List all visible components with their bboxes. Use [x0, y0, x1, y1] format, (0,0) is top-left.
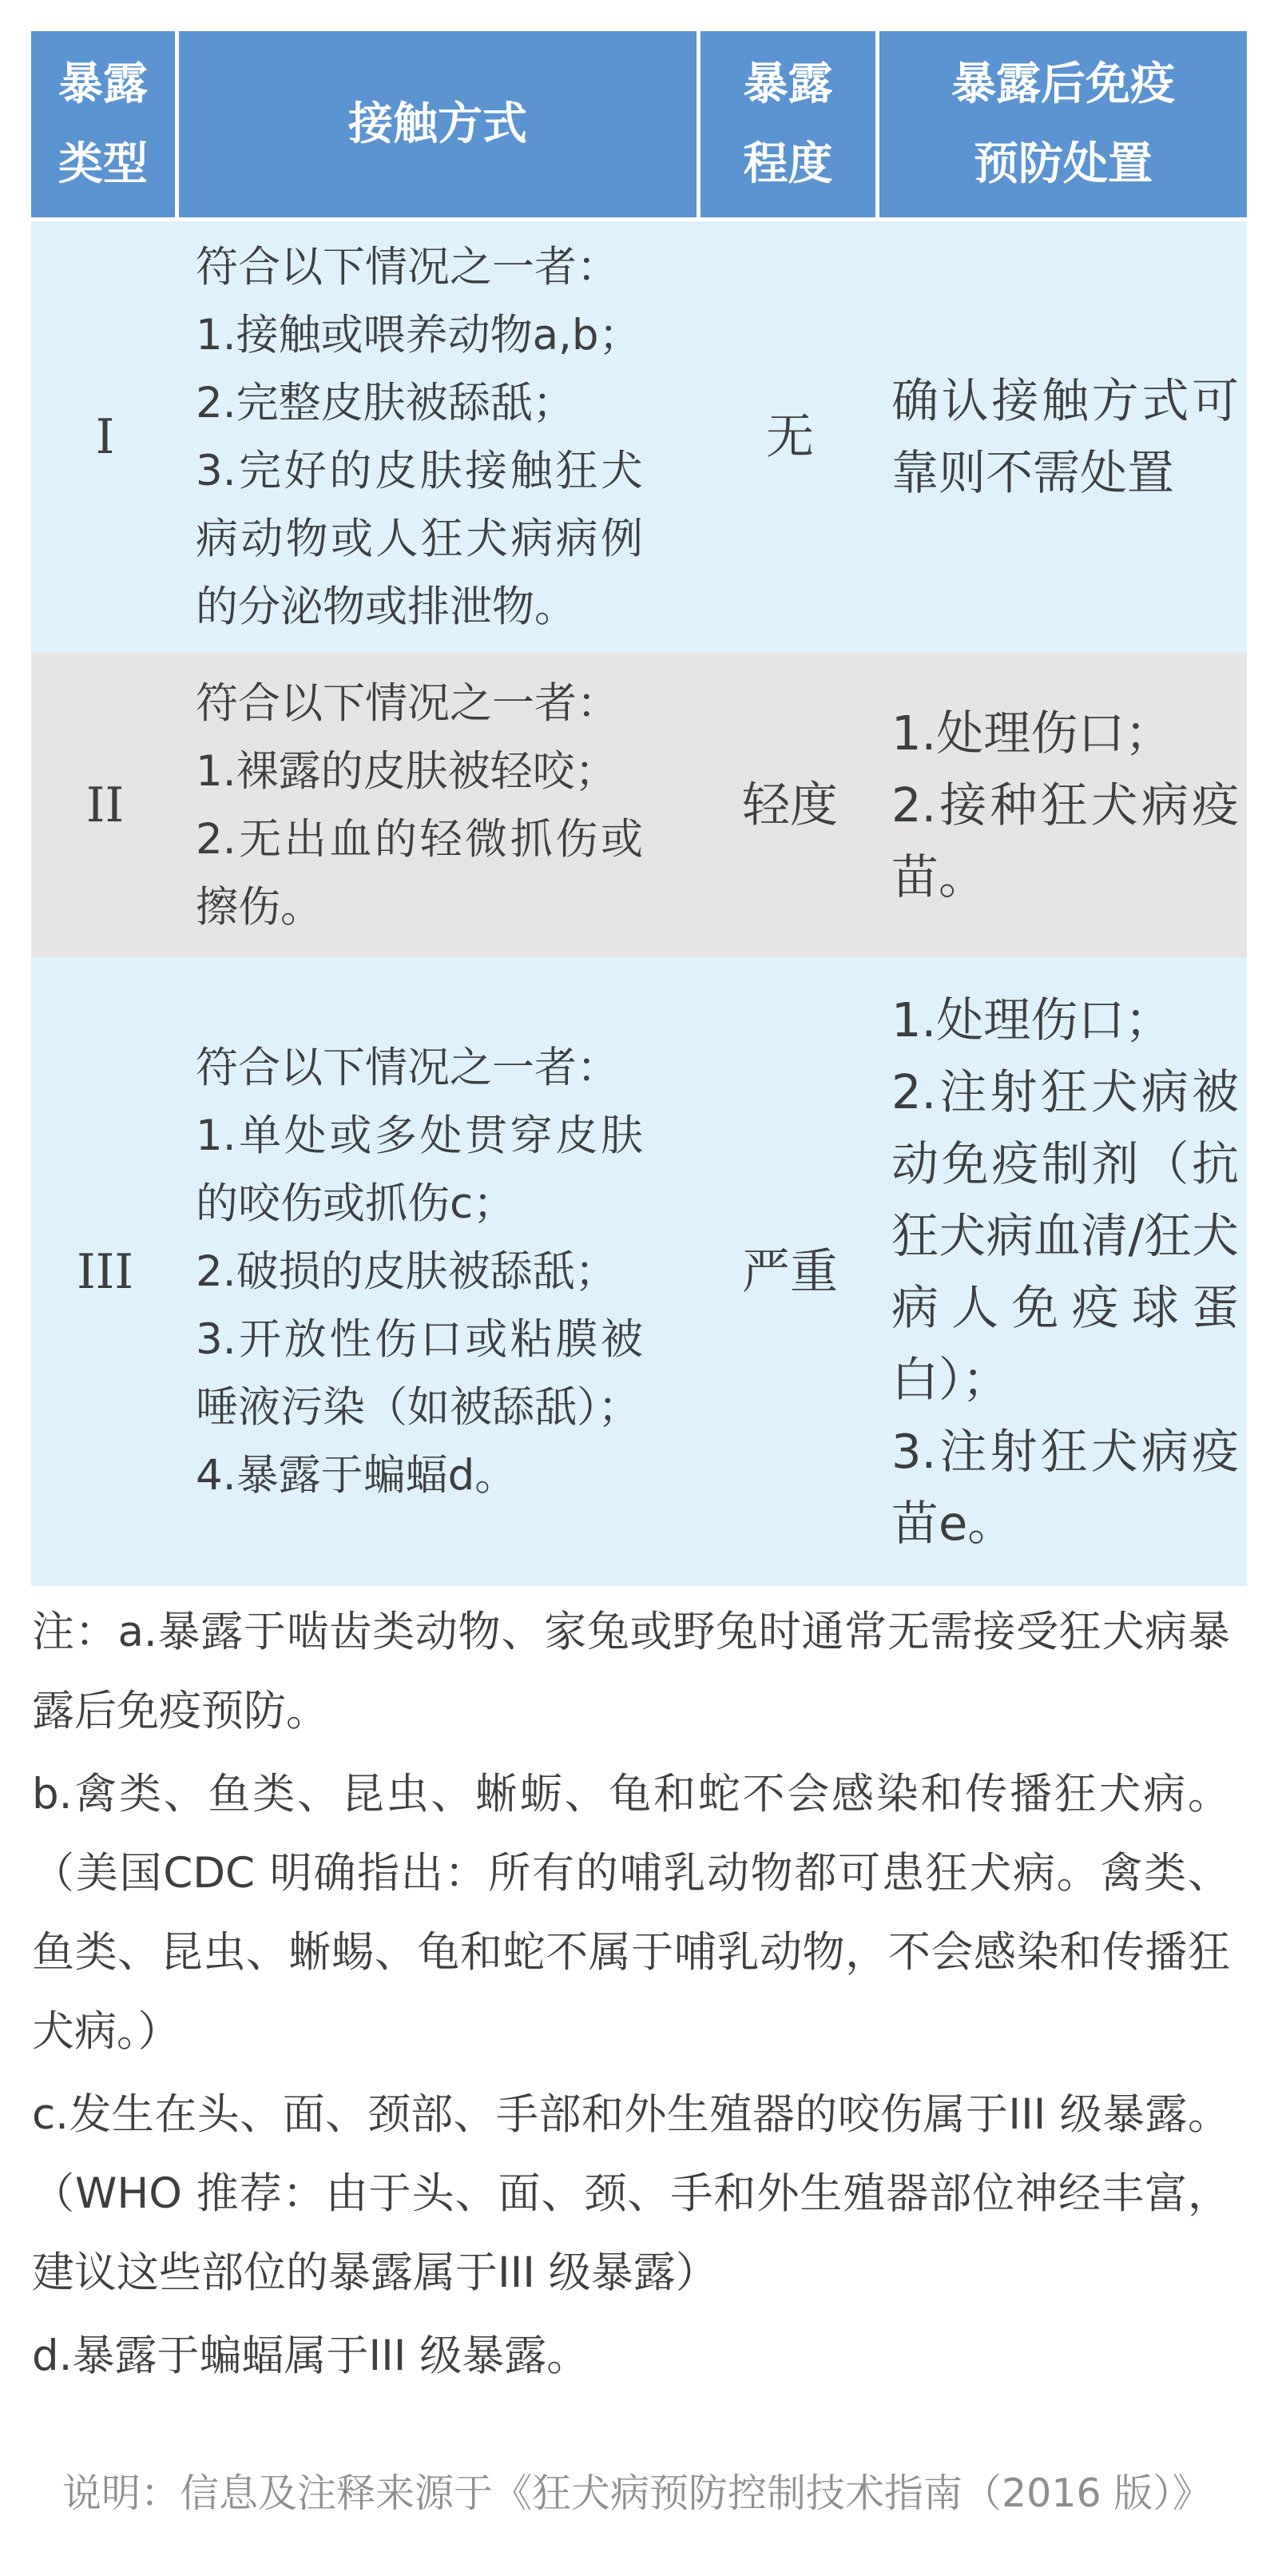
- page: 暴露 类型 接触方式 暴露 程度 暴露后免疫 预防处置 I 符合以下情况之一者：…: [0, 0, 1278, 2576]
- header-exposure-type: 暴露 类型: [31, 31, 175, 217]
- header-contact-method: 接触方式: [179, 31, 697, 217]
- cell-contact: 符合以下情况之一者： 1.接触或喂养动物a,b； 2.完整皮肤被舔舐； 3.完好…: [179, 221, 701, 653]
- table-header-row: 暴露 类型 接触方式 暴露 程度 暴露后免疫 预防处置: [31, 31, 1247, 217]
- source-note: 说明：信息及注释来源于《狂犬病预防控制技术指南（2016 版）》: [62, 2466, 1244, 2522]
- cell-degree: 严重: [701, 957, 879, 1586]
- treatment-value: 1.处理伤口； 2.注射狂犬病被动免疫制剂（抗狂犬病血清/狂犬病人免疫球蛋白）；…: [891, 984, 1239, 1560]
- exposure-type-value: III: [77, 1244, 133, 1300]
- exposure-type-value: II: [86, 777, 124, 833]
- exposure-type-value: I: [96, 409, 115, 465]
- cell-type: II: [31, 653, 179, 957]
- cell-degree: 无: [701, 221, 879, 653]
- footnotes: 注：a.暴露于啮齿类动物、家兔或野兔时通常无需接受狂犬病暴露后免疫预防。 b.禽…: [32, 1592, 1230, 2399]
- exposure-degree-value: 严重: [742, 1236, 838, 1308]
- footnote-d: d.暴露于蝙蝠属于III 级暴露。: [32, 2316, 1230, 2395]
- cell-treatment: 确认接触方式可靠则不需处置: [879, 221, 1247, 653]
- cell-type: I: [31, 221, 179, 653]
- contact-method-value: 符合以下情况之一者： 1.裸露的皮肤被轻咬； 2.无出血的轻微抓伤或擦伤。: [196, 670, 643, 941]
- table-row-level-1: I 符合以下情况之一者： 1.接触或喂养动物a,b； 2.完整皮肤被舔舐； 3.…: [31, 221, 1247, 653]
- rabies-exposure-table: 暴露 类型 接触方式 暴露 程度 暴露后免疫 预防处置 I 符合以下情况之一者：…: [31, 31, 1247, 1586]
- cell-contact: 符合以下情况之一者： 1.单处或多处贯穿皮肤的咬伤或抓伤c； 2.破损的皮肤被舔…: [179, 957, 701, 1586]
- contact-method-value: 符合以下情况之一者： 1.接触或喂养动物a,b； 2.完整皮肤被舔舐； 3.完好…: [196, 233, 643, 641]
- cell-type: III: [31, 957, 179, 1586]
- cell-treatment: 1.处理伤口； 2.注射狂犬病被动免疫制剂（抗狂犬病血清/狂犬病人免疫球蛋白）；…: [879, 957, 1247, 1586]
- footnote-b: b.禽类、鱼类、昆虫、蜥蛎、龟和蛇不会感染和传播狂犬病。（美国CDC 明确指出：…: [32, 1755, 1230, 2071]
- treatment-value: 确认接触方式可靠则不需处置: [891, 365, 1239, 509]
- cell-degree: 轻度: [701, 653, 879, 957]
- footnote-a: 注：a.暴露于啮齿类动物、家兔或野兔时通常无需接受狂犬病暴露后免疫预防。: [32, 1592, 1230, 1751]
- cell-treatment: 1.处理伤口； 2.接种狂犬病疫苗。: [879, 653, 1247, 957]
- cell-contact: 符合以下情况之一者： 1.裸露的皮肤被轻咬； 2.无出血的轻微抓伤或擦伤。: [179, 653, 701, 957]
- contact-method-value: 符合以下情况之一者： 1.单处或多处贯穿皮肤的咬伤或抓伤c； 2.破损的皮肤被舔…: [196, 1034, 643, 1509]
- header-exposure-degree: 暴露 程度: [701, 31, 875, 217]
- exposure-degree-value: 无: [766, 401, 814, 473]
- treatment-value: 1.处理伤口； 2.接种狂犬病疫苗。: [891, 698, 1239, 913]
- table-row-level-3: III 符合以下情况之一者： 1.单处或多处贯穿皮肤的咬伤或抓伤c； 2.破损的…: [31, 957, 1247, 1586]
- exposure-degree-value: 轻度: [742, 769, 838, 841]
- footnote-c: c.发生在头、面、颈部、手部和外生殖器的咬伤属于III 级暴露。（WHO 推荐：…: [32, 2075, 1230, 2312]
- table-row-level-2: II 符合以下情况之一者： 1.裸露的皮肤被轻咬； 2.无出血的轻微抓伤或擦伤。…: [31, 653, 1247, 957]
- header-post-exposure-treatment: 暴露后免疫 预防处置: [879, 31, 1247, 217]
